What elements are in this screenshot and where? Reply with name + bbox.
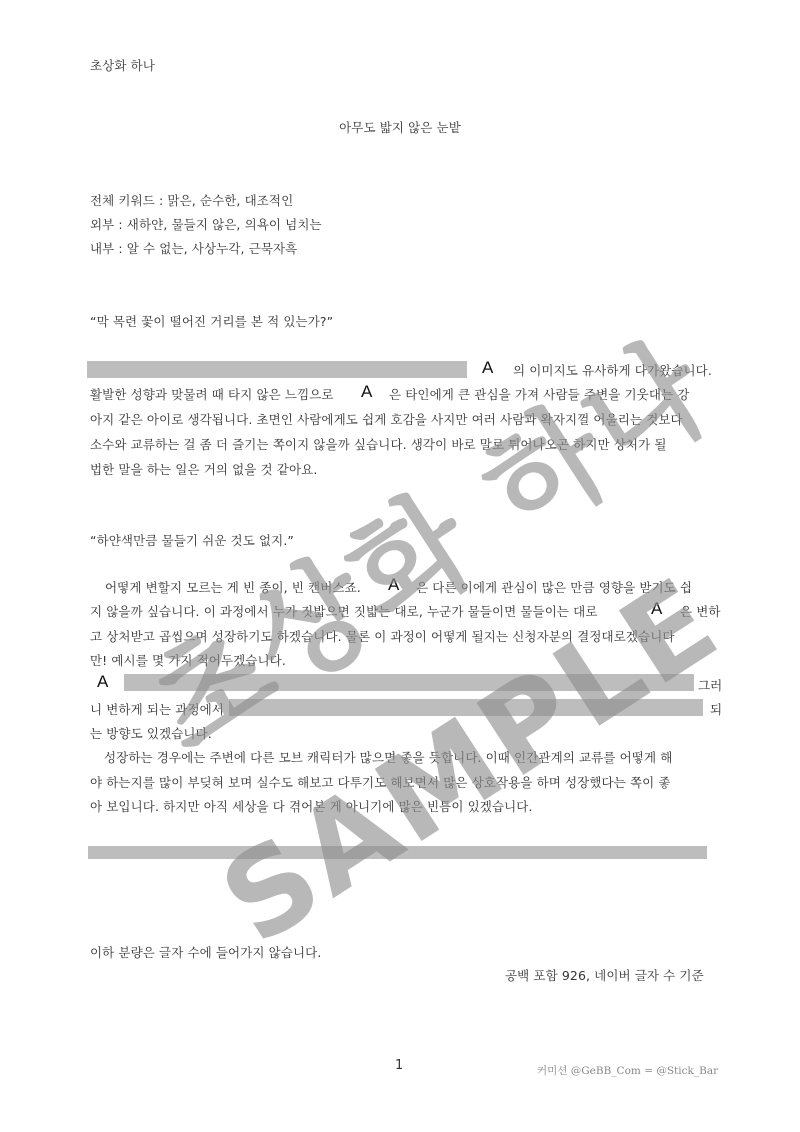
section2-line2-start: 지 않을까 싶습니다. 이 과정에서 누가 짓밟으면 짓밟는 대로, 누군가 물… (90, 602, 598, 620)
section1-line3: 아지 같은 아이로 생각됩니다. 초면인 사람에게도 쉽게 호감을 사지만 여러… (90, 410, 683, 428)
character-placeholder: A (651, 599, 662, 619)
keywords-inner: 내부 : 알 수 없는, 사상누각, 근묵자흑 (90, 239, 297, 257)
section2-line5-end: 그러 (698, 676, 722, 694)
document-page: 초상화 하나 아무도 밟지 않은 눈밭 전체 키워드 : 맑은, 순수한, 대조… (0, 0, 800, 1132)
section1-line1: 의 이미지도 유사하게 다가왔습니다. (513, 361, 712, 379)
page-number: 1 (395, 1058, 403, 1073)
section1-quote: “막 목련 꽃이 떨어진 거리를 본 적 있는가?” (90, 312, 333, 330)
section2-line1-end: 은 다른 이에게 관심이 많은 만큼 영향을 받기도 쉽 (416, 578, 692, 596)
redacted-block (87, 361, 467, 378)
character-placeholder: A (388, 575, 399, 595)
redacted-block (229, 699, 703, 716)
section1-line2-end: 은 타인에게 큰 관심을 가져 사람들 주변을 기웃대는 강 (389, 385, 689, 403)
section2-line8: 성장하는 경우에는 주변에 다른 모브 캐릭터가 많으면 좋을 듯합니다. 이때… (104, 748, 672, 766)
section2-line3: 고 상처받고 곱씹으며 성장하기도 하겠습니다. 물론 이 과정이 어떻게 될지… (90, 627, 675, 645)
section2-line6-end: 되 (710, 700, 722, 718)
section2-line1-start: 어떻게 변할지 모르는 게 빈 종이, 빈 캔버스죠. (105, 578, 361, 596)
document-label: 초상화 하나 (90, 56, 155, 74)
character-count: 공백 포함 926, 네이버 글자 수 기준 (505, 966, 704, 984)
closing-note: 이하 분량은 글자 수에 들어가지 않습니다. (90, 943, 321, 961)
section1-line5: 법한 말을 하는 일은 거의 없을 것 같아요. (90, 460, 317, 478)
commission-credit: 커미션 @GeBB_Com = @Stick_Bar (537, 1063, 718, 1078)
section2-line7: 는 방향도 있겠습니다. (90, 724, 212, 742)
section2-line10: 아 보입니다. 하지만 아직 세상을 다 겪어본 게 아니기에 많은 빈틈이 있… (90, 797, 533, 815)
character-placeholder: A (361, 382, 372, 402)
section2-quote: “하얀색만큼 물들기 쉬운 것도 없지.” (90, 531, 294, 549)
character-placeholder: A (482, 358, 493, 378)
redacted-block (124, 674, 694, 691)
section1-line2-start: 활발한 성향과 맞물려 때 타지 않은 느낌으로 (90, 385, 334, 403)
keywords-overall: 전체 키워드 : 맑은, 순수한, 대조적인 (90, 191, 293, 209)
keywords-outer: 외부 : 새하얀, 물들지 않은, 의욕이 넘치는 (90, 215, 322, 233)
section2-line2-end: 은 변하 (680, 602, 721, 620)
document-title: 아무도 밟지 않은 눈밭 (0, 118, 800, 136)
section1-line4: 소수와 교류하는 걸 좀 더 즐기는 쪽이지 않을까 싶습니다. 생각이 바로 … (90, 435, 667, 453)
character-placeholder: A (97, 672, 108, 692)
section2-line9: 야 하는지를 많이 부딪혀 보며 실수도 해보고 다투기도 해보면서 많은 상호… (90, 773, 671, 791)
section2-line4: 만! 예시를 몇 가지 적어두겠습니다. (90, 651, 286, 669)
section2-line6-start: 니 변하게 되는 과정에서 (90, 700, 224, 718)
redacted-block (88, 846, 707, 859)
